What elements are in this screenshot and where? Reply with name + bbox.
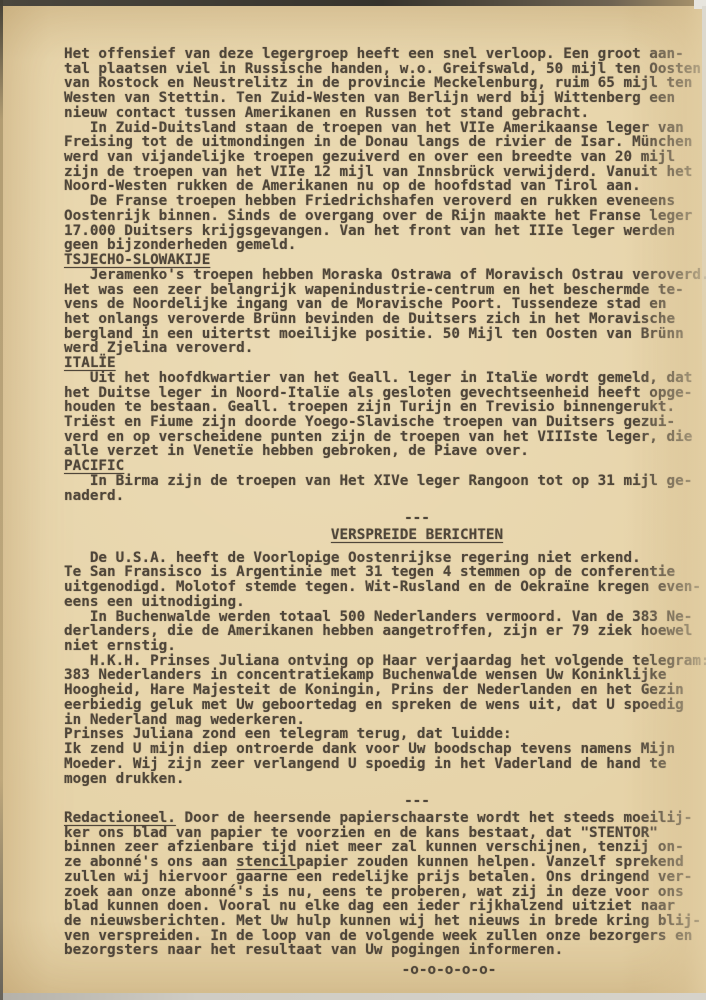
scan-edge-top	[0, 0, 694, 6]
text-segment: papier zouden kunnen helpen. Vanzelf spr…	[296, 854, 683, 870]
text-line: Ik zend U mijn diep ontroerde dank voor …	[64, 742, 706, 757]
scanned-document-page: Het offensief van deze legergroep heeft …	[0, 0, 706, 1000]
text-line: uitgenodigd. Molotof stemde tegen. Wit-R…	[64, 580, 706, 595]
text-line: derlanders, die de Amerikanen hebben aan…	[64, 624, 706, 639]
paragraph: Prinses Juliana zond een telegram terug,…	[64, 727, 706, 786]
text-line: Prinses Juliana zond een telegram terug,…	[64, 727, 706, 742]
text-segment: Door de heersende papierschaarste wordt …	[176, 810, 692, 826]
text-line: geen bijzonderheden gemeld.	[64, 238, 706, 253]
divider: -o-o-o-o-o-	[96, 963, 706, 978]
text-line: werd Zjelina veroverd.	[64, 341, 706, 356]
text-line: Freising tot de uitmondingen in de Donau…	[64, 135, 706, 150]
paragraph: H.K.H. Prinses Juliana ontving op Haar v…	[64, 654, 706, 728]
scan-corner-top-right	[694, 0, 706, 9]
text-line: In Birma zijn de troepen van Het XIVe le…	[64, 474, 706, 489]
paragraph: Uit het hoofdkwartier van het Geall. leg…	[64, 371, 706, 459]
paragraph: In Birma zijn de troepen van Het XIVe le…	[64, 474, 706, 503]
paragraph: De Franse troepen hebben Friedrichshafen…	[64, 194, 706, 253]
section-heading: ITALÏE	[64, 356, 706, 371]
text-line: Redactioneel. Door de heersende papiersc…	[64, 811, 706, 826]
text-line: naderd.	[64, 489, 706, 504]
text-line: Jeramenko's troepen hebben Moraska Ostra…	[64, 268, 706, 283]
paragraph: Jeramenko's troepen hebben Moraska Ostra…	[64, 268, 706, 356]
text-line: alle verzet in Venetïe hebben gebroken, …	[64, 444, 706, 459]
text-line: Noord-Westen rukken de Amerikanen nu op …	[64, 179, 706, 194]
text-line: blad kunnen doen. Vooral nu elke dag een…	[64, 899, 706, 914]
page-heading: VERSPREIDE BERICHTEN	[64, 528, 706, 543]
text-line: houden te bestaan. Geall. troepen zijn T…	[64, 400, 706, 415]
text-column: Het offensief van deze legergroep heeft …	[64, 47, 706, 1000]
text-line: Hoogheid, Hare Majesteit de Koningin, Pr…	[64, 683, 706, 698]
paragraph: Redactioneel. Door de heersende papiersc…	[64, 811, 706, 958]
text-line: Uit het hoofdkwartier van het Geall. leg…	[64, 371, 706, 386]
text-line: nieuw contact tussen Amerikanen en Russe…	[64, 106, 706, 121]
text-line: het onlangs veroverde Brünn bevinden de …	[64, 312, 706, 327]
scan-edge-left	[0, 0, 3, 1000]
text-line: Te San Fransisco is Argentinie met 31 te…	[64, 565, 706, 580]
text-line: ze abonné's ons aan stencilpapier zouden…	[64, 855, 706, 870]
text-line: eens een uitnodiging.	[64, 595, 706, 610]
text-line: eerbiedig geluk met Uw geboortedag en sp…	[64, 698, 706, 713]
underlined-text: Redactioneel.	[64, 810, 176, 826]
text-line: zullen wij hiervoor gaarne een redelijke…	[64, 870, 706, 885]
text-line: binnen zeer afzienbare tijd niet meer za…	[64, 840, 706, 855]
underlined-text: stencil	[236, 854, 296, 870]
text-line: niet ernstig.	[64, 639, 706, 654]
text-line: Westen van Stettin. Ten Zuid-Westen van …	[64, 91, 706, 106]
text-line: 383 Nederlanders in concentratiekamp Buc…	[64, 668, 706, 683]
section-heading: PACIFIC	[64, 459, 706, 474]
text-segment: ze abonné's ons aan	[64, 854, 236, 870]
text-line: Moeder. Wij zijn zeer verlangend U spoed…	[64, 757, 706, 772]
text-line: Triëst en Fiume zijn doorde Yoego-Slavis…	[64, 415, 706, 430]
section-heading: TSJECHO-SLOWAKIJE	[64, 253, 706, 268]
text-line: De Franse troepen hebben Friedrichshafen…	[64, 194, 706, 209]
text-line: werd van vijandelijke troepen gezuiverd …	[64, 150, 706, 165]
divider: ---	[64, 511, 706, 526]
text-line: van Rostock en Neustrelitz in de provinc…	[64, 76, 706, 91]
paragraph: In Buchenwalde werden totaal 500 Nederla…	[64, 610, 706, 654]
text-line: de nieuwsberichten. Met Uw hulp kunnen w…	[64, 914, 706, 929]
text-line: vens de Noordelijke ingang van de Moravi…	[64, 297, 706, 312]
text-line: Oostenrijk binnen. Sinds de overgang ove…	[64, 209, 706, 224]
text-line: bezorgsters naar het resultaat van Uw po…	[64, 943, 706, 958]
divider: ---	[64, 794, 706, 809]
text-line: Het was een zeer belangrijk wapenindustr…	[64, 283, 706, 298]
text-line: mogen drukken.	[64, 772, 706, 787]
paragraph: De U.S.A. heeft de Voorlopige Oostenrijk…	[64, 551, 706, 610]
text-line: Het offensief van deze legergroep heeft …	[64, 47, 706, 62]
paragraph: In Zuid-Duitsland staan de troepen van h…	[64, 121, 706, 195]
paragraph: Het offensief van deze legergroep heeft …	[64, 47, 706, 121]
